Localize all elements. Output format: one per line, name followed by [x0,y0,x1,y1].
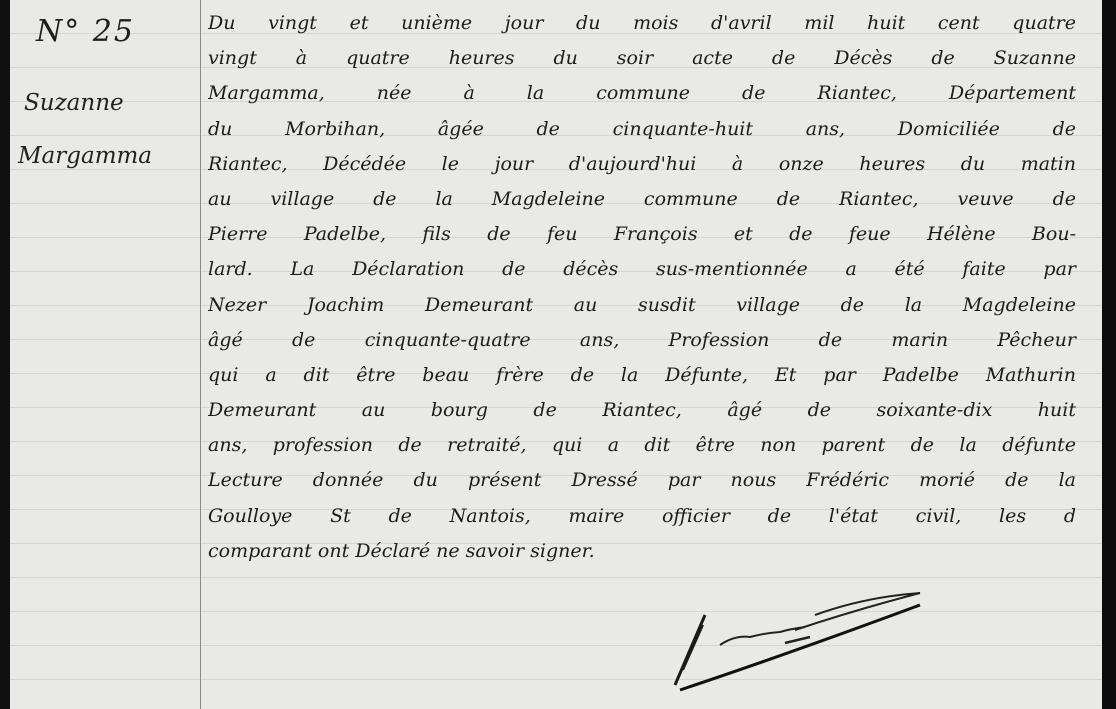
signature-flourish-icon [665,585,925,695]
record-line: Du vingt et unième jour du mois d'avril … [208,6,1088,41]
record-line: Goulloye St de Nantois, maire officier d… [208,499,1088,534]
record-line: au village de la Magdeleine commune de R… [208,182,1088,217]
officer-signature [665,585,925,695]
record-line: comparant ont Déclaré ne savoir signer. [208,534,1088,569]
record-line: Nezer Joachim Demeurant au susdit villag… [208,288,1088,323]
margin-surname: Margamma [18,143,152,169]
record-body: Du vingt et unième jour du mois d'avril … [208,6,1088,569]
record-line: qui a dit être beau frère de la Défunte,… [208,358,1088,393]
record-line: Lecture donnée du présent Dressé par nou… [208,463,1088,498]
record-line: ans, profession de retraité, qui a dit ê… [208,428,1088,463]
entry-number: N° 25 [36,14,135,49]
page-right-edge [1102,0,1116,709]
document-page: N° 25 Suzanne Margamma Du vingt et unièm… [0,0,1116,709]
record-line: Margamma, née à la commune de Riantec, D… [208,76,1088,111]
record-line: du Morbihan, âgée de cinquante-huit ans,… [208,112,1088,147]
record-line: âgé de cinquante-quatre ans, Profession … [208,323,1088,358]
record-line: vingt à quatre heures du soir acte de Dé… [208,41,1088,76]
record-line: Pierre Padelbe, fils de feu François et … [208,217,1088,252]
record-line: Riantec, Décédée le jour d'aujourd'hui à… [208,147,1088,182]
record-line: Demeurant au bourg de Riantec, âgé de so… [208,393,1088,428]
page-left-edge [0,0,10,709]
margin-given-name: Suzanne [24,90,124,116]
record-line: lard. La Déclaration de décès sus-mentio… [208,252,1088,287]
margin-rule [200,0,201,709]
margin-column: N° 25 Suzanne Margamma [18,0,196,709]
